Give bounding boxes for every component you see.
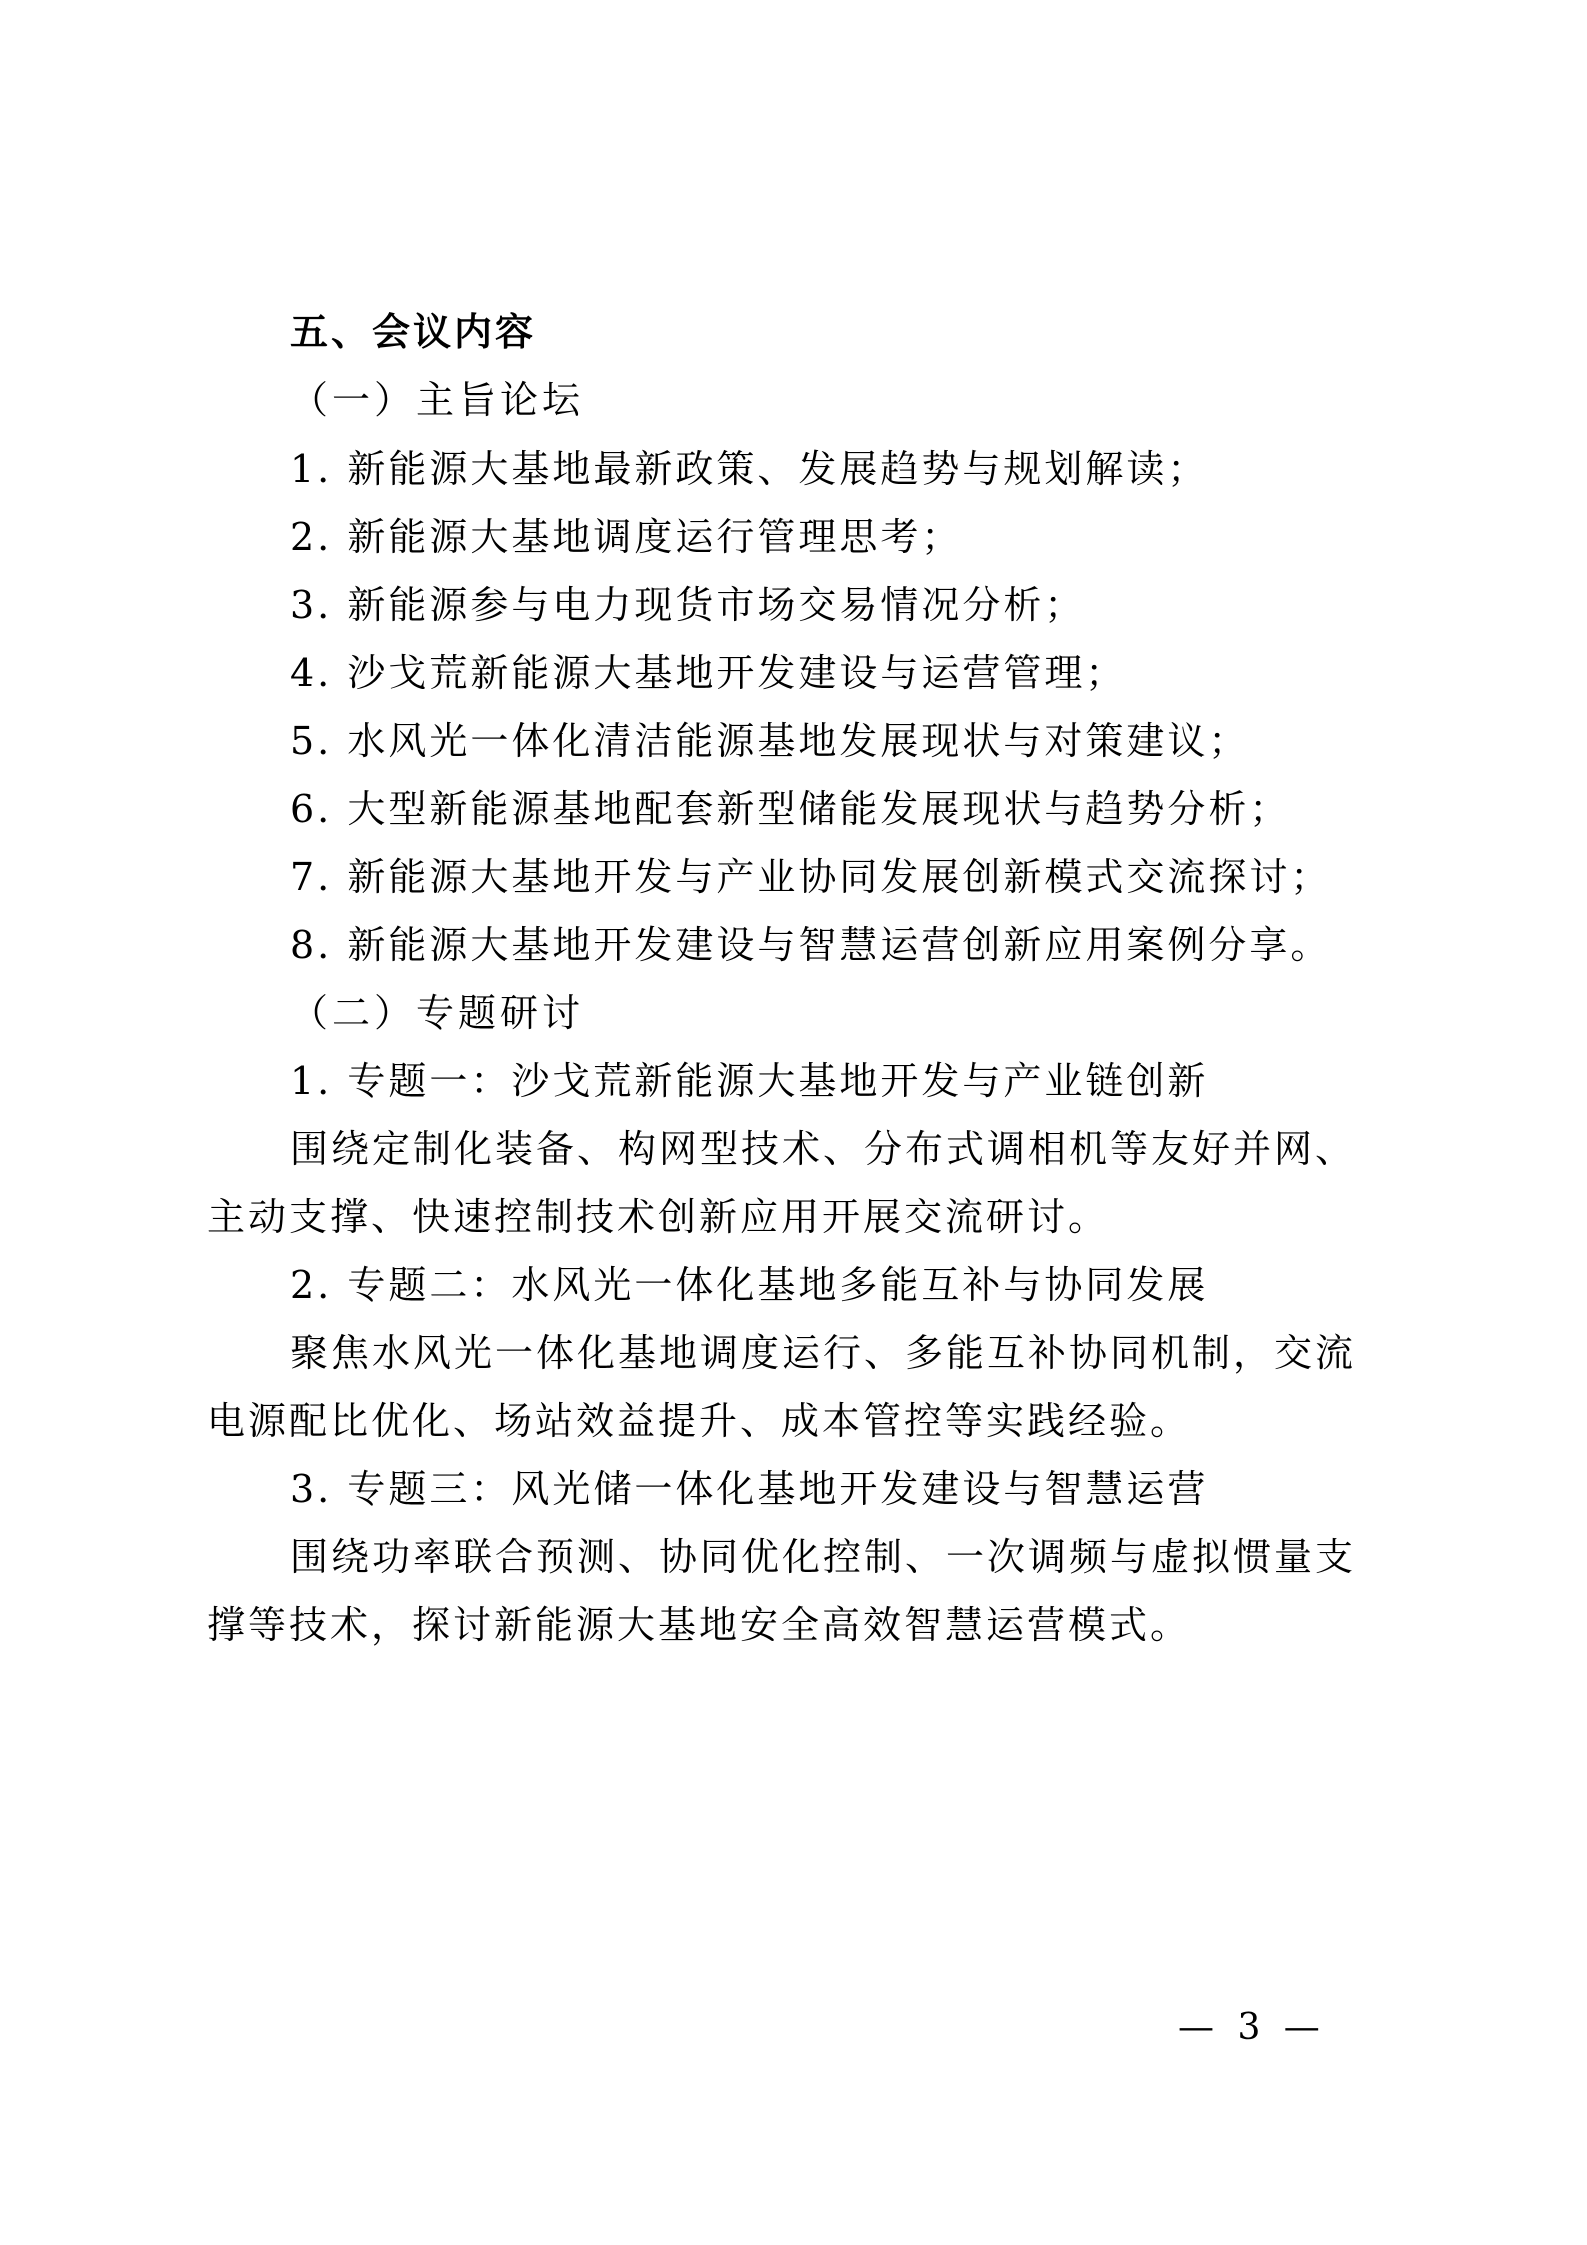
topic-3-title: 3. 专题三：风光储一体化基地开发建设与智慧运营 — [290, 1467, 1208, 1511]
keynote-item-5: 5. 水风光一体化清洁能源基地发展现状与对策建议； — [290, 719, 1249, 763]
document-page: 五、会议内容 （一）主旨论坛 1. 新能源大基地最新政策、发展趋势与规划解读； … — [0, 0, 1587, 2245]
keynote-item-8: 8. 新能源大基地开发建设与智慧运营创新应用案例分享。 — [290, 923, 1331, 967]
topic-2-desc-line1: 聚焦水风光一体化基地调度运行、多能互补协同机制，交流 — [290, 1331, 1356, 1375]
keynote-item-7: 7. 新能源大基地开发与产业协同发展创新模式交流探讨； — [290, 855, 1331, 899]
keynote-item-1: 1. 新能源大基地最新政策、发展趋势与规划解读； — [290, 447, 1208, 491]
topic-3-desc-line2: 撑等技术，探讨新能源大基地安全高效智慧运营模式。 — [207, 1603, 1191, 1647]
keynote-item-4: 4. 沙戈荒新能源大基地开发建设与运营管理； — [290, 651, 1126, 695]
topic-2-desc-line2: 电源配比优化、场站效益提升、成本管控等实践经验。 — [207, 1399, 1191, 1443]
topic-1-title: 1. 专题一：沙戈荒新能源大基地开发与产业链创新 — [290, 1059, 1208, 1103]
topic-1-desc-line2: 主动支撑、快速控制技术创新应用开展交流研讨。 — [207, 1195, 1109, 1239]
page-number: — 3 — — [1178, 2006, 1326, 2050]
keynote-item-2: 2. 新能源大基地调度运行管理思考； — [290, 515, 962, 559]
section-title: 五、会议内容 — [290, 310, 536, 354]
topic-3-desc-line1: 围绕功率联合预测、协同优化控制、一次调频与虚拟惯量支 — [290, 1535, 1356, 1579]
topic-2-title: 2. 专题二：水风光一体化基地多能互补与协同发展 — [290, 1263, 1208, 1307]
keynote-heading: （一）主旨论坛 — [290, 378, 584, 422]
keynote-item-6: 6. 大型新能源基地配套新型储能发展现状与趋势分析； — [290, 787, 1290, 831]
topic-1-desc-line1: 围绕定制化装备、构网型技术、分布式调相机等友好并网、 — [290, 1127, 1356, 1171]
topics-heading: （二）专题研讨 — [290, 991, 584, 1035]
keynote-item-3: 3. 新能源参与电力现货市场交易情况分析； — [290, 583, 1085, 627]
